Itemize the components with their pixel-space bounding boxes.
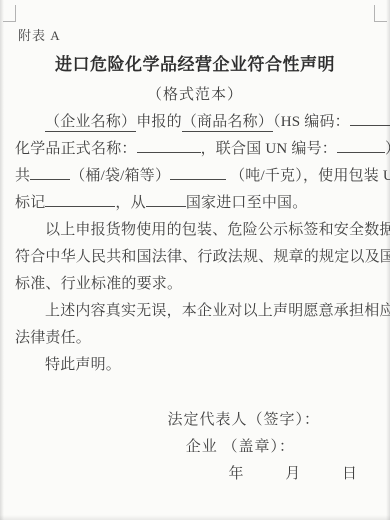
document-text-line: 符合中华人民共和国法律、行政法规、规章的规定以及国家 — [15, 244, 376, 271]
body-text: 法律责任。 — [15, 330, 91, 346]
document-text-line: 标准、行业标准的要求。 — [15, 271, 376, 298]
company-seal-label: 企业 （盖章）： — [0, 434, 390, 461]
document-body: （企业名称）申报的（商品名称）（HS 编码：，化学品正式名称：，联合国 UN 编… — [15, 109, 376, 379]
body-text: （HS 编码： — [273, 114, 350, 130]
blank-underline-field — [170, 166, 226, 180]
date-month-label: 月 — [285, 466, 301, 482]
annex-label: 附表 A — [18, 25, 61, 44]
document-text-line: （企业名称）申报的（商品名称）（HS 编码：， — [15, 109, 376, 136]
underlined-placeholder-text: （企业名称） — [45, 114, 136, 132]
document-text-line: 特此声明。 — [15, 352, 376, 379]
body-text: 标记 — [15, 195, 45, 211]
margin-crop-mark-top-left — [3, 5, 16, 22]
scanned-document-page: 附表 A 进口危险化学品经营企业符合性声明 （格式范本） （企业名称）申报的（商… — [0, 0, 390, 520]
underlined-placeholder-text: （商品名称） — [182, 114, 273, 132]
document-text-line: 上述内容真实无误，本企业对以上声明愿意承担相应的 — [15, 298, 376, 325]
date-line: 年 月 日 — [0, 461, 390, 488]
body-text: 以上申报货物使用的包装、危险公示标签和安全数据单 — [45, 222, 390, 238]
body-text: （桶/袋/箱等） — [70, 168, 170, 184]
body-text: 特此声明。 — [45, 357, 121, 373]
date-year-label: 年 — [228, 466, 244, 482]
document-text-line: 共（桶/袋/箱等） （吨/千克），使用包装 UN — [15, 163, 376, 190]
blank-underline-field — [45, 193, 115, 207]
body-text: 共 — [15, 168, 30, 184]
body-text: 上述内容真实无误，本企业对以上声明愿意承担相应的 — [45, 303, 390, 319]
body-text: （吨/千克），使用包装 UN — [226, 168, 390, 184]
scan-edge-bottom — [0, 515, 390, 520]
body-text: ）， — [385, 141, 390, 157]
blank-underline-field — [146, 193, 186, 207]
paragraph-hereby-declare: 特此声明。 — [15, 352, 376, 379]
body-text: ，从 — [115, 195, 145, 211]
margin-crop-mark-top-right — [374, 5, 387, 22]
signature-block: 法定代表人（签字）： 企业 （盖章）： 年 月 日 — [0, 407, 390, 488]
blank-underline-field — [337, 139, 385, 153]
body-text: 符合中华人民共和国法律、行政法规、规章的规定以及国家 — [15, 249, 390, 265]
body-text: 国家进口至中国。 — [186, 195, 308, 211]
document-text-line: 法律责任。 — [15, 325, 376, 352]
date-day-label: 日 — [342, 466, 358, 482]
paragraph-compliance-statement: 以上申报货物使用的包装、危险公示标签和安全数据单符合中华人民共和国法律、行政法规… — [15, 217, 376, 298]
blank-underline-field — [350, 112, 390, 126]
legal-representative-signature-label: 法定代表人（签字）： — [0, 407, 390, 434]
blank-underline-field — [30, 166, 70, 180]
document-text-line: 以上申报货物使用的包装、危险公示标签和安全数据单 — [15, 217, 376, 244]
document-subtitle: （格式范本） — [0, 83, 390, 104]
body-text: ，联合国 UN 编号： — [201, 141, 337, 157]
paragraph-liability-statement: 上述内容真实无误，本企业对以上声明愿意承担相应的法律责任。 — [15, 298, 376, 352]
document-text-line: 化学品正式名称：，联合国 UN 编号：）， — [15, 136, 376, 163]
paragraph-declaration-header: （企业名称）申报的（商品名称）（HS 编码：，化学品正式名称：，联合国 UN 编… — [15, 109, 376, 217]
document-title: 进口危险化学品经营企业符合性声明 — [0, 50, 390, 75]
body-text: 标准、行业标准的要求。 — [15, 276, 182, 292]
document-text-line: 标记，从国家进口至中国。 — [15, 190, 376, 217]
body-text: 化学品正式名称： — [15, 141, 137, 157]
blank-underline-field — [137, 139, 201, 153]
body-text: 申报的 — [136, 114, 182, 130]
